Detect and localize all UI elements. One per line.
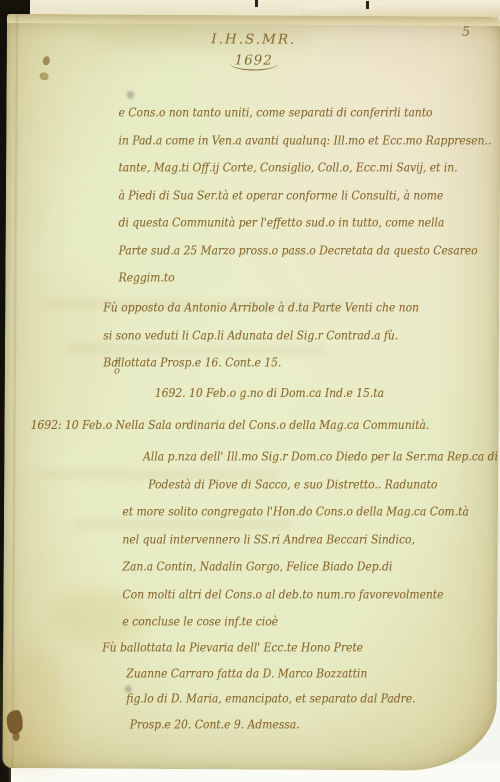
year-heading: 1692 — [228, 52, 278, 70]
text-line: et more solito congregato l'Hon.do Cons.… — [122, 498, 500, 526]
text-line: fig.lo di D. Maria, emancipato, et separ… — [102, 686, 415, 712]
text-line: in Pad.a come in Ven.a avanti qualunq: I… — [118, 126, 491, 154]
text-line: Podestà di Piove di Sacco, e suo Distret… — [122, 470, 500, 498]
circle-mark: o — [113, 367, 121, 377]
text-line: nel qual intervennero li SS.ri Andrea Be… — [122, 525, 500, 553]
text-line: Zan.a Contin, Nadalin Gorgo, Felice Biad… — [122, 553, 500, 581]
text-line: Ballottata Prosp.e 16. Cont.e 15. — [103, 349, 419, 377]
text-line: Fù opposto da Antonio Arribole à d.ta Pa… — [103, 294, 419, 322]
manuscript-page: 5 I.H.S.MR. 1692 e Cons.o non tanto unit… — [2, 14, 500, 771]
text-line: e Cons.o non tanto uniti, come separati … — [118, 99, 491, 127]
text-line: Zuanne Carraro fatta da D. Marco Bozzatt… — [102, 660, 415, 686]
ink-speck — [40, 72, 49, 80]
paper-spot — [126, 91, 134, 99]
top-edge-speck — [255, 0, 258, 7]
fold-crease — [10, 14, 19, 768]
paragraph-opposition: Fù opposto da Antonio Arribole à d.ta Pa… — [103, 294, 419, 377]
page-top-edge — [7, 14, 500, 26]
text-line: si sono veduti li Cap.li Adunata del Sig… — [103, 321, 419, 349]
text-line: Alla p.nza dell' Ill.mo Sig.r Dom.co Die… — [122, 443, 500, 471]
paragraph-ballot-result: Fù ballottata la Pievaria dell' Ecc.te H… — [102, 635, 415, 737]
text-line: Reggim.to — [118, 264, 491, 292]
paragraph-session-record: Alla p.nza dell' Ill.mo Sig.r Dom.co Die… — [122, 443, 500, 636]
top-edge-speck — [366, 1, 369, 9]
text-line: Prosp.e 20. Cont.e 9. Admessa. — [102, 711, 415, 737]
text-line: di questa Communità per l'effetto sud.o … — [118, 209, 491, 237]
dateline: 1692. 10 Feb.o g.no di Dom.ca Ind.e 15.t… — [155, 379, 384, 407]
text-line: Con molti altri del Cons.o al deb.to num… — [122, 580, 500, 608]
text-line: Parte sud.a 25 Marzo pross.o pass.o Decr… — [118, 236, 491, 263]
text-line: e concluse le cose inf.te cioè — [122, 608, 500, 636]
paragraph-council-resolution: e Cons.o non tanto uniti, come separati … — [118, 99, 491, 292]
session-heading: 1692: 10 Feb.o Nella Sala ordinaria del … — [31, 411, 430, 439]
page-header: I.H.S.MR. 1692 — [7, 30, 500, 72]
text-line: Fù ballottata la Pievaria dell' Ecc.te H… — [102, 635, 415, 661]
margin-cross-mark: + o — [113, 357, 122, 377]
text-line: à Piedi di Sua Ser.tà et operar conforme… — [118, 181, 491, 209]
manuscript-scan: 5 I.H.S.MR. 1692 e Cons.o non tanto unit… — [0, 0, 500, 782]
text-line: tante, Mag.ti Off.ij Corte, Consiglio, C… — [118, 154, 491, 182]
